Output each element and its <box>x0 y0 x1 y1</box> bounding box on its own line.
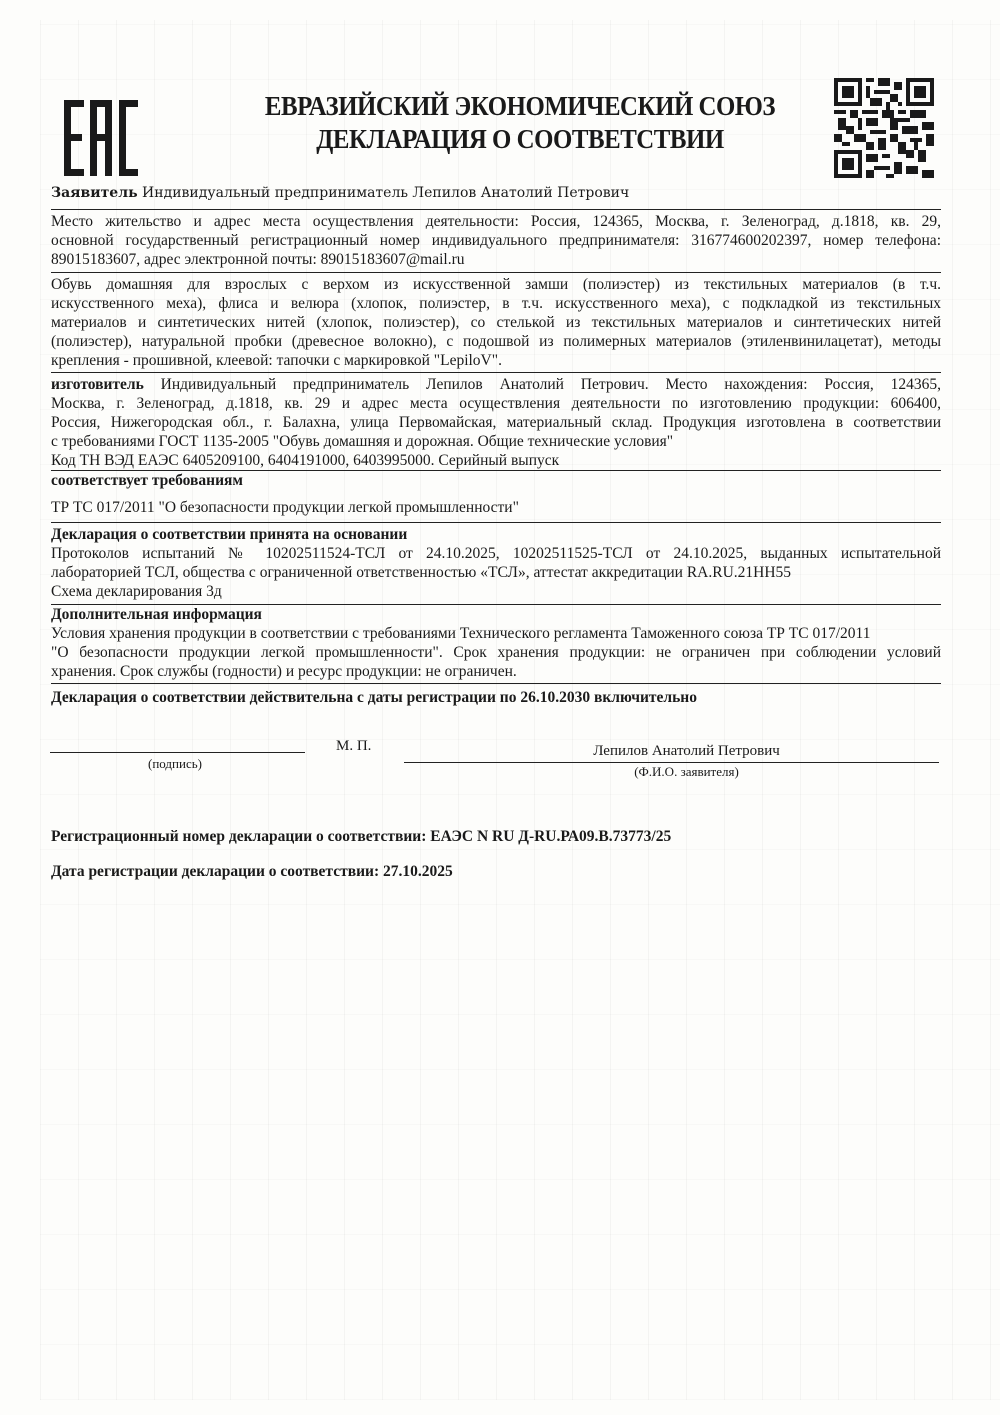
product-description: Обувь домашняя для взрослых с верхом из … <box>51 275 941 370</box>
address-line-1: Место жительство и адрес места осуществл… <box>51 212 941 231</box>
manufacturer-line-2: Москва, г. Зеленоград, д.1818, кв. 29 и … <box>51 394 941 413</box>
title-line-2: ДЕКЛАРАЦИЯ О СООТВЕТСТВИИ <box>226 123 815 156</box>
validity-statement: Декларация о соответствии действительна … <box>51 688 941 707</box>
additional-info-block: Дополнительная информация Условия хранен… <box>51 605 941 681</box>
signature-line <box>50 752 305 753</box>
hs-code-line: Код ТН ВЭД ЕАЭС 6405209100, 6404191000, … <box>51 451 941 470</box>
manufacturer-block: изготовитель Индивидуальный предпринимат… <box>51 375 941 470</box>
additional-line-3: хранения. Срок службы (годности) и ресур… <box>51 662 941 681</box>
document-title: ЕВРАЗИЙСКИЙ ЭКОНОМИЧЕСКИЙ СОЮЗ ДЕКЛАРАЦИ… <box>226 90 815 156</box>
manufacturer-label: изготовитель <box>51 376 144 393</box>
additional-label: Дополнительная информация <box>51 605 941 624</box>
applicant-row: Заявитель Индивидуальный предприниматель… <box>51 184 941 203</box>
applicant-label: Заявитель <box>51 185 138 201</box>
address-block: Место жительство и адрес места осуществл… <box>51 212 941 269</box>
name-line <box>404 762 939 763</box>
divider <box>51 209 941 210</box>
basis-label: Декларация о соответствии принята на осн… <box>51 525 941 544</box>
qr-code-icon[interactable] <box>834 78 934 178</box>
product-line-1: Обувь домашняя для взрослых с верхом из … <box>51 275 941 294</box>
address-line-3: 89015183607, адрес электронной почты: 89… <box>51 250 941 269</box>
applicant-value: Индивидуальный предприниматель Лепилов А… <box>142 185 629 201</box>
name-caption: (Ф.И.О. заявителя) <box>404 764 939 780</box>
registration-date-row: Дата регистрации декларации о соответств… <box>51 862 941 881</box>
additional-line-1: Условия хранения продукции в соответстви… <box>51 624 941 643</box>
address-line-2: основной государственный регистрационный… <box>51 231 941 250</box>
basis-line-1: Протоколов испытаний № 10202511524-ТСЛ о… <box>51 544 941 563</box>
title-line-1: ЕВРАЗИЙСКИЙ ЭКОНОМИЧЕСКИЙ СОЮЗ <box>226 90 815 123</box>
registration-number-label: Регистрационный номер декларации о соотв… <box>51 828 426 845</box>
divider <box>51 272 941 273</box>
product-line-2: искусственного меха), флиса и велюра (хл… <box>51 294 941 313</box>
product-line-3: материалов и синтетических нитей (хлопок… <box>51 313 941 332</box>
divider <box>51 522 941 523</box>
divider <box>51 683 941 684</box>
declaration-scheme: Схема декларирования 3д <box>51 582 941 601</box>
registration-number-row: Регистрационный номер декларации о соотв… <box>51 827 941 846</box>
manufacturer-line-3: Россия, Нижегородская обл., г. Балахна, … <box>51 413 941 432</box>
basis-block: Декларация о соответствии принята на осн… <box>51 525 941 601</box>
product-line-5: крепления - прошивной, клеевой: тапочки … <box>51 351 941 370</box>
stamp-label: М. П. <box>336 738 371 755</box>
product-line-4: (полиэстер), натуральной пробки (древесн… <box>51 332 941 351</box>
registration-date-label: Дата регистрации декларации о соответств… <box>51 863 379 880</box>
eac-logo-icon <box>64 100 138 176</box>
compliance-value: ТР ТС 017/2011 "О безопасности продукции… <box>51 498 941 517</box>
basis-line-2: лабораторией ТСЛ, общества с ограниченно… <box>51 563 941 582</box>
registration-number: ЕАЭС N RU Д-RU.РА09.В.73773/25 <box>430 828 671 845</box>
manufacturer-line-1: Индивидуальный предприниматель Лепилов А… <box>161 376 941 393</box>
compliance-label: соответствует требованиям <box>51 471 941 490</box>
additional-line-2: "О безопасности продукции легкой промышл… <box>51 643 941 662</box>
signature-caption: (подпись) <box>148 756 202 772</box>
registration-date: 27.10.2025 <box>383 863 453 880</box>
manufacturer-line-4: с требованиями ГОСТ 1135-2005 "Обувь дом… <box>51 432 941 451</box>
divider <box>51 372 941 373</box>
applicant-name: Лепилов Анатолий Петрович <box>404 743 939 760</box>
